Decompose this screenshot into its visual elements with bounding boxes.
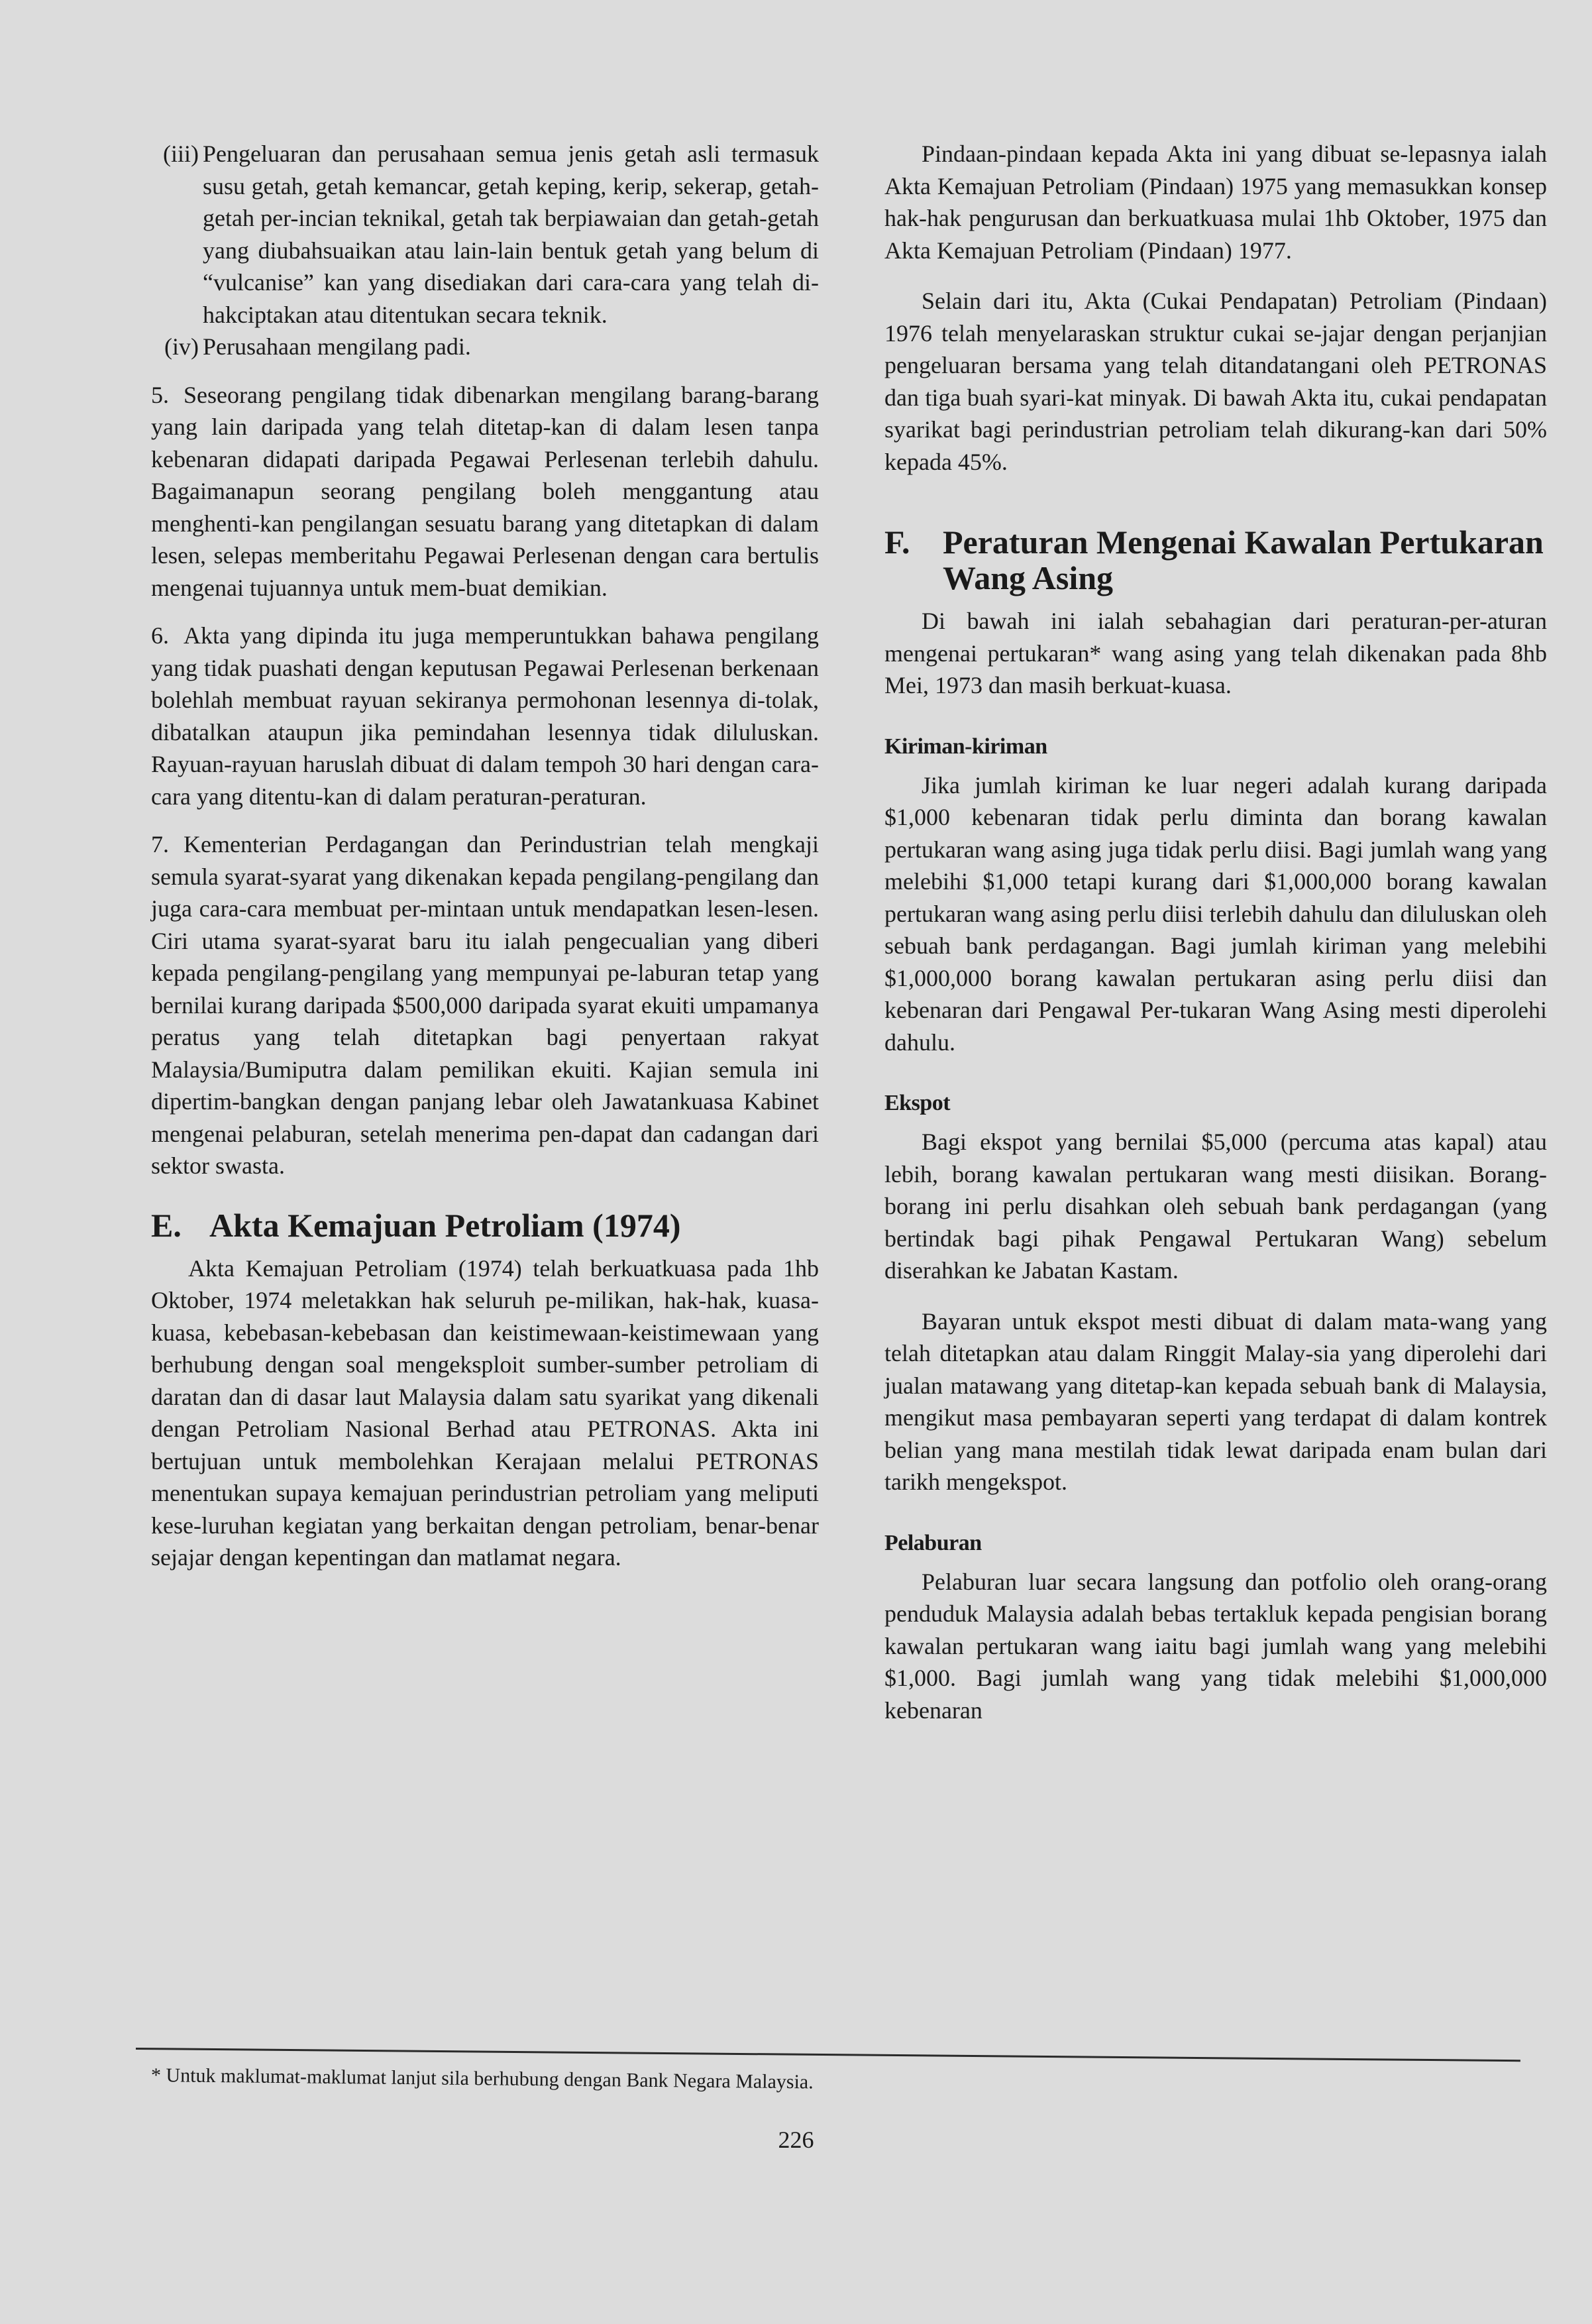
paragraph-7: 7.Kementerian Perdagangan dan Perindustr…: [151, 828, 819, 1182]
pelaburan-paragraph: Pelaburan luar secara langsung dan potfo…: [884, 1566, 1547, 1727]
subheading-ekspot: Ekspot: [884, 1087, 1547, 1119]
section-e-heading: E. Akta Kemajuan Petroliam (1974): [151, 1207, 819, 1243]
paragraph-pindaan: Pindaan-pindaan kepada Akta ini yang dib…: [884, 138, 1547, 266]
paragraph-number: 5.: [151, 382, 169, 408]
list-item-iv: (iv) Perusahaan mengilang padi.: [151, 331, 819, 363]
footnote: * Untuk maklumat-maklumat lanjut sila be…: [151, 2062, 814, 2095]
subheading-pelaburan: Pelaburan: [884, 1527, 1547, 1559]
section-e-paragraph: Akta Kemajuan Petroliam (1974) telah ber…: [151, 1252, 819, 1574]
page-number: 226: [0, 2126, 1592, 2154]
section-f-paragraph: Di bawah ini ialah sebahagian dari perat…: [884, 605, 1547, 702]
section-f-heading: F. Peraturan Mengenai Kawalan Pertukaran…: [884, 524, 1547, 596]
paragraph-cukai: Selain dari itu, Akta (Cukai Pendapatan)…: [884, 285, 1547, 478]
section-letter: F.: [884, 524, 910, 560]
paragraph-5: 5.Seseorang pengilang tidak dibenarkan m…: [151, 379, 819, 604]
right-column: Pindaan-pindaan kepada Akta ini yang dib…: [884, 138, 1547, 1726]
list-item-text: Pengeluaran dan perusahaan semua jenis g…: [203, 140, 819, 328]
paragraph-6: 6.Akta yang dipinda itu juga memperuntuk…: [151, 620, 819, 812]
list-marker: (iii): [163, 138, 199, 170]
ekspot-paragraph-2: Bayaran untuk ekspot mesti dibuat di dal…: [884, 1305, 1547, 1498]
ekspot-paragraph-1: Bagi ekspot yang bernilai $5,000 (percum…: [884, 1126, 1547, 1287]
paragraph-number: 7.: [151, 831, 169, 858]
footnote-divider: [136, 2048, 1520, 2062]
section-letter: E.: [151, 1207, 182, 1243]
list-item-iii: (iii) Pengeluaran dan perusahaan semua j…: [151, 138, 819, 331]
section-title: Peraturan Mengenai Kawalan Pertukaran Wa…: [943, 524, 1544, 596]
list-item-text: Perusahaan mengilang padi.: [203, 333, 471, 360]
paragraph-text: Kementerian Perdagangan dan Perindustria…: [151, 831, 819, 1179]
kiriman-paragraph: Jika jumlah kiriman ke luar negeri adala…: [884, 769, 1547, 1059]
left-column: (iii) Pengeluaran dan perusahaan semua j…: [151, 138, 819, 1574]
subheading-kiriman: Kiriman-kiriman: [884, 731, 1547, 763]
list-marker: (iv): [164, 331, 199, 363]
paragraph-text: Akta yang dipinda itu juga memperuntukka…: [151, 622, 819, 810]
section-title: Akta Kemajuan Petroliam (1974): [209, 1207, 680, 1244]
paragraph-number: 6.: [151, 622, 169, 649]
paragraph-text: Seseorang pengilang tidak dibenarkan men…: [151, 382, 819, 601]
